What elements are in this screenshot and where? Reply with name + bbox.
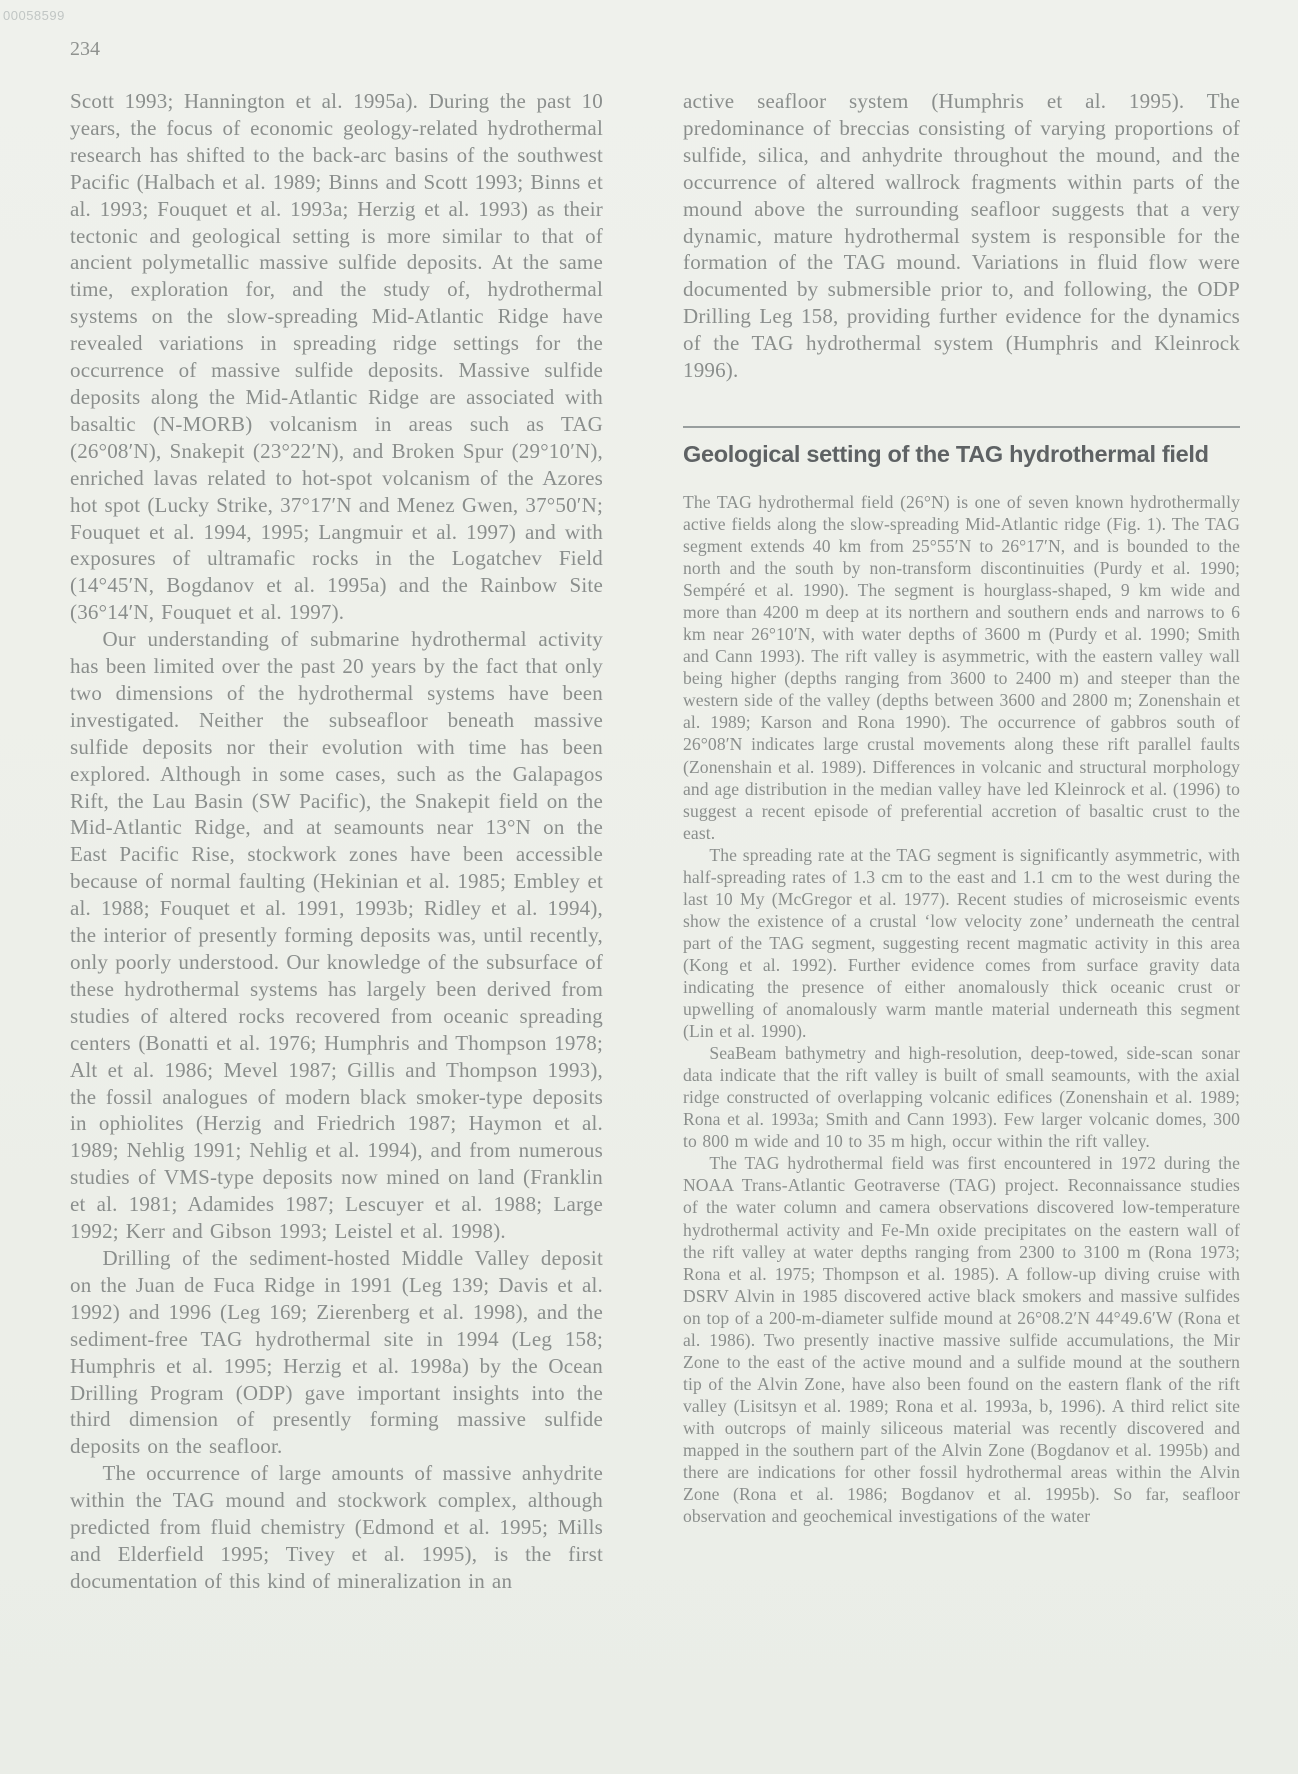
paragraph: The TAG hydrothermal field was first enc… [683, 1152, 1240, 1527]
paragraph: SeaBeam bathymetry and high-resolution, … [683, 1042, 1240, 1152]
section-divider-rule [683, 426, 1240, 428]
page-number: 234 [70, 38, 100, 61]
section-heading: Geological setting of the TAG hydrotherm… [683, 441, 1240, 468]
paragraph: The spreading rate at the TAG segment is… [683, 844, 1240, 1042]
paragraph: Drilling of the sediment-hosted Middle V… [70, 1245, 603, 1460]
paragraph: Scott 1993; Hannington et al. 1995a). Du… [70, 88, 603, 626]
right-column: active seafloor system (Humphris et al. … [683, 88, 1240, 1527]
left-column: Scott 1993; Hannington et al. 1995a). Du… [70, 88, 603, 1595]
right-column-intro: active seafloor system (Humphris et al. … [683, 88, 1240, 384]
section-body: The TAG hydrothermal field (26°N) is one… [683, 491, 1240, 1527]
journal-page: 00058599 234 Scott 1993; Hannington et a… [0, 0, 1298, 1774]
paragraph: The TAG hydrothermal field (26°N) is one… [683, 491, 1240, 844]
scan-id-stamp: 00058599 [3, 8, 65, 23]
paragraph: Our understanding of submarine hydrother… [70, 626, 603, 1245]
paragraph: active seafloor system (Humphris et al. … [683, 88, 1240, 384]
paragraph: The occurrence of large amounts of massi… [70, 1460, 603, 1595]
